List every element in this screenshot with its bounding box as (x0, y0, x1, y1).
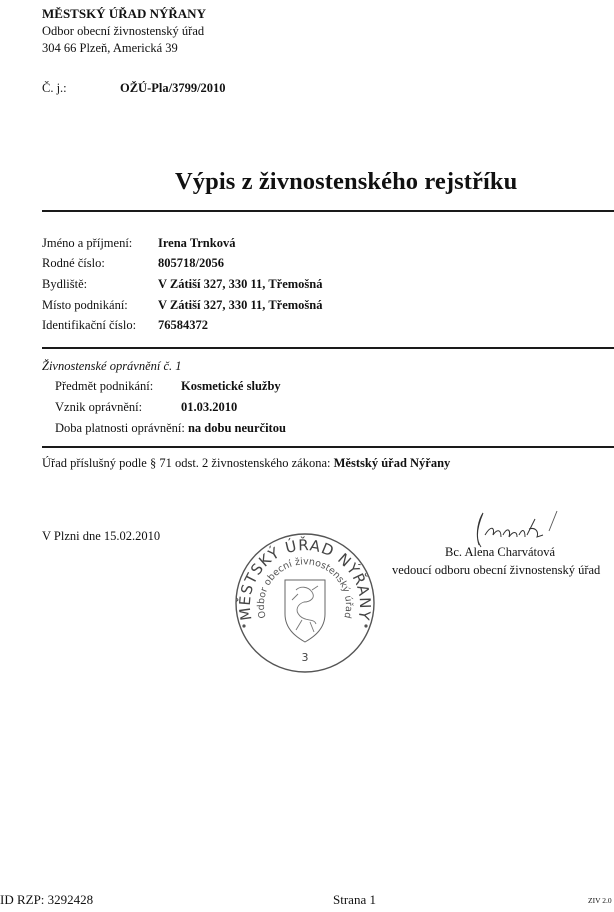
name-label: Jméno a příjmení: (42, 236, 132, 251)
divider (42, 446, 614, 448)
validity-value: na dobu neurčitou (188, 421, 286, 435)
id-number-value: 76584372 (158, 318, 208, 333)
business-subject-value: Kosmetické služby (181, 379, 281, 394)
signer-role: vedoucí odboru obecní živnostenský úřad (392, 563, 600, 578)
permit-heading: Živnostenské oprávnění č. 1 (42, 359, 182, 374)
business-place-value: V Zátiší 327, 330 11, Třemošná (158, 298, 322, 313)
birth-number-label: Rodné číslo: (42, 256, 105, 271)
place-and-date: V Plzni dne 15.02.2010 (42, 529, 160, 544)
office-address: 304 66 Plzeň, Americká 39 (42, 41, 178, 56)
authority-text: Úřad příslušný podle § 71 odst. 2 živnos… (42, 456, 331, 470)
document-title: Výpis z živnostenského rejstříku (175, 168, 517, 196)
competent-authority: Úřad příslušný podle § 71 odst. 2 živnos… (42, 456, 450, 471)
divider (42, 347, 614, 349)
stamp-number: 3 (302, 651, 309, 664)
authority-value: Městský úřad Nýřany (334, 456, 451, 470)
office-name: MĚSTSKÝ ÚŘAD NÝŘANY (42, 6, 206, 22)
divider (42, 210, 614, 212)
business-subject-label: Předmět podnikání: (55, 379, 153, 394)
residence-value: V Zátiší 327, 330 11, Třemošná (158, 277, 322, 292)
name-value: Irena Trnková (158, 236, 235, 251)
birth-number-value: 805718/2056 (158, 256, 224, 271)
validity-line: Doba platnosti oprávnění: na dobu neurči… (55, 421, 286, 436)
reference-label: Č. j.: (42, 81, 67, 96)
signer-name: Bc. Alena Charvátová (445, 545, 555, 560)
residence-label: Bydliště: (42, 277, 87, 292)
business-place-label: Místo podnikání: (42, 298, 128, 313)
id-number-label: Identifikační číslo: (42, 318, 136, 333)
reference-number: OŽÚ-Pla/3799/2010 (120, 81, 226, 96)
permit-start-label: Vznik oprávnění: (55, 400, 142, 415)
page-number: Strana 1 (333, 892, 376, 908)
official-stamp-icon: MĚSTSKÝ ÚŘAD NÝŘANY Odbor obecní živnost… (232, 530, 378, 676)
form-version: ZIV 2.0 (588, 896, 612, 905)
permit-start-value: 01.03.2010 (181, 400, 237, 415)
footer-rzp-id: ID RZP: 3292428 (0, 892, 93, 908)
validity-label: Doba platnosti oprávnění: (55, 421, 185, 435)
department-name: Odbor obecní živnostenský úřad (42, 24, 204, 39)
